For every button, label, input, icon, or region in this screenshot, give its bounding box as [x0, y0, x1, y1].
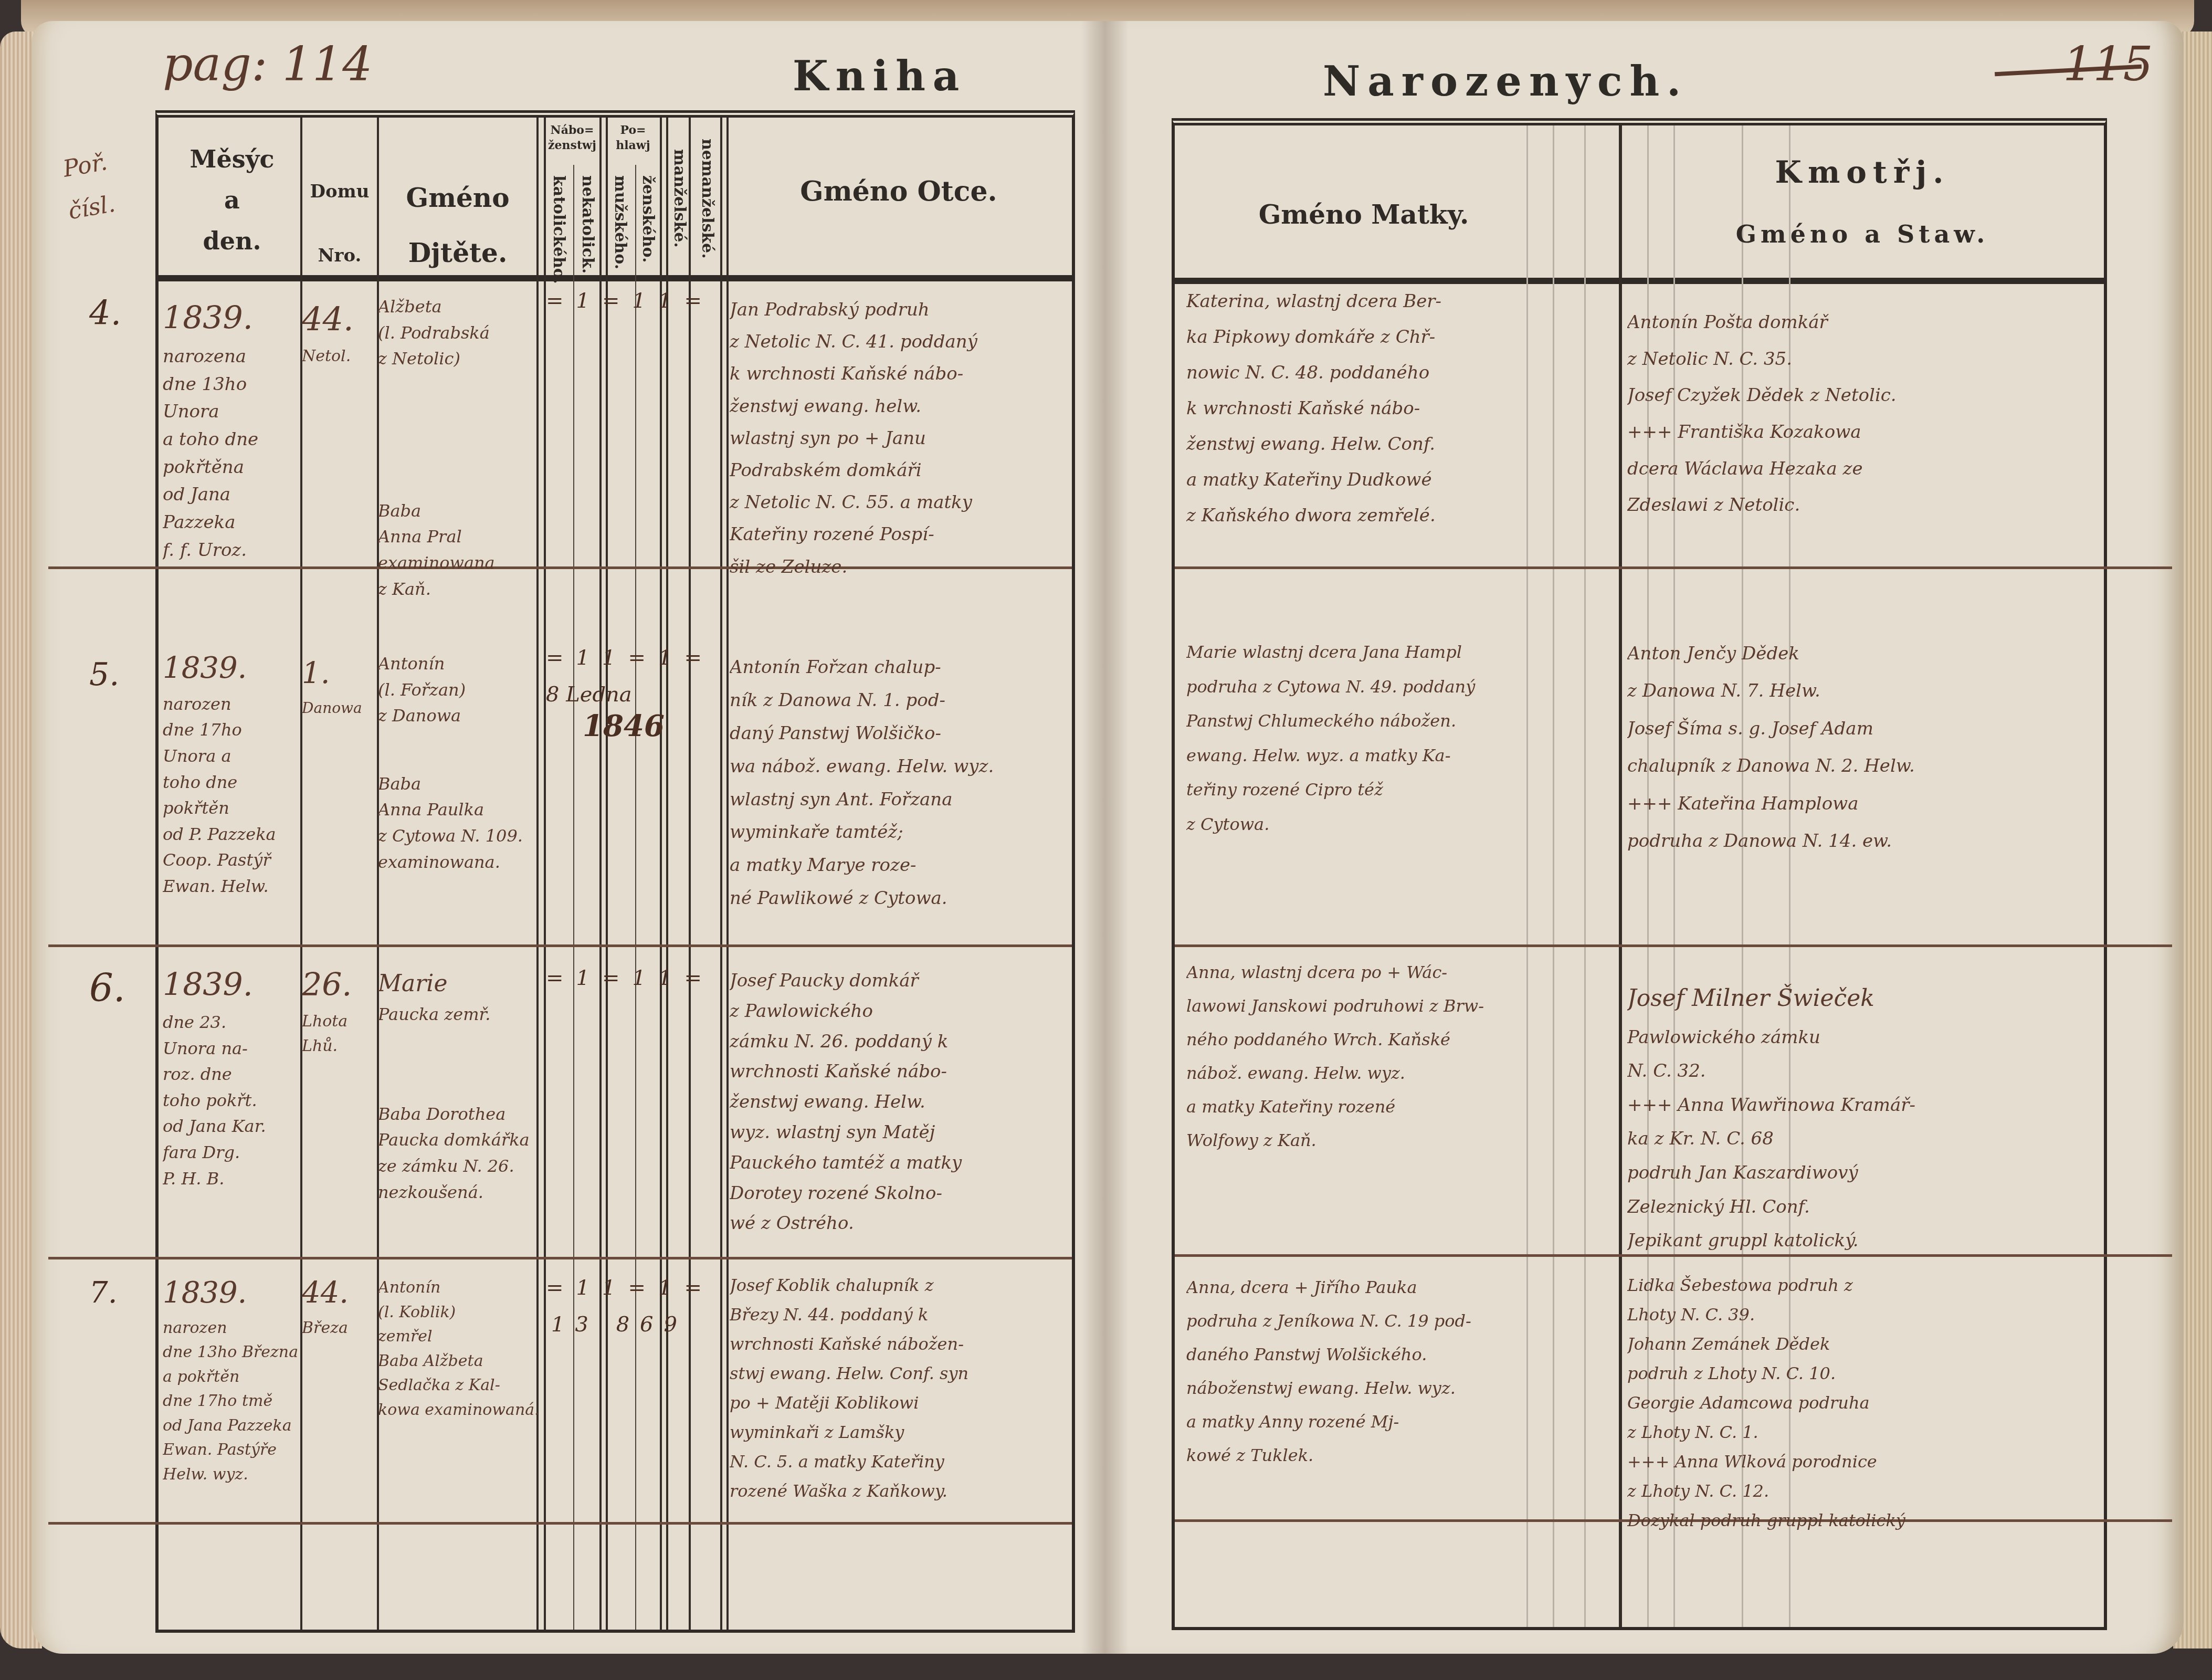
- entry-date-line: od P. Pazzeka: [163, 822, 299, 848]
- col-divider: [573, 165, 574, 1630]
- entry-date-line: narozen: [163, 691, 299, 718]
- child-line: zemřel: [378, 1325, 546, 1349]
- row-divider: [1175, 944, 2172, 947]
- entry-date-line: toho dne: [163, 770, 299, 796]
- father-line: wlastnj syn Ant. Fořzana: [730, 783, 1066, 816]
- entry-house: 26. Lhota Lhů.: [302, 961, 373, 1058]
- tally-mark: 1: [576, 1276, 602, 1300]
- entry-mother: Anna, dcera + Jiřího Pauka podruha z Jen…: [1186, 1270, 1617, 1472]
- father-line: ženstwj ewang. helw.: [730, 391, 1066, 423]
- child-line: [378, 372, 535, 498]
- entry-godparents: Anton Jenčy Dědek z Danowa N. 7. Helw. J…: [1627, 635, 2089, 860]
- father-line: né Pawlikowé z Cytowa.: [730, 882, 1066, 915]
- mother-line: ka Pipkowy domkáře z Chř-: [1186, 319, 1617, 355]
- child-line: Paucka zemř.: [378, 1002, 546, 1028]
- entry-date-line: od Jana Kar.: [163, 1114, 299, 1140]
- entry-child: Alžbeta (l. Podrabská z Netolic) Baba An…: [378, 294, 535, 640]
- header-child-name: Gméno Djtěte.: [384, 170, 531, 280]
- header-month-day-line: Měsýc: [169, 139, 295, 180]
- entry-date-line: Helw. wyz.: [163, 1463, 299, 1487]
- entry-father: Josef Paucky domkář z Pawlowického zámku…: [730, 966, 1066, 1239]
- entry-date-line: pokřtěn: [163, 795, 299, 822]
- entry-mother: Katerina, wlastnj dcera Ber- ka Pipkowy …: [1186, 283, 1617, 533]
- entry-date: 1839. narozen dne 13ho Března a pokřtěn …: [163, 1270, 299, 1522]
- mother-line: podruha z Cytowa N. 49. poddaný: [1186, 670, 1617, 705]
- entry-year: 1839.: [163, 294, 299, 343]
- tally-mark: =: [684, 289, 714, 313]
- entry-godparents: Antonín Pošta domkář z Netolic N. C. 35.…: [1627, 304, 2089, 524]
- mother-line: kowé z Tuklek.: [1186, 1438, 1617, 1472]
- child-line: Baba: [378, 771, 546, 797]
- entry-year: 1839.: [163, 961, 299, 1010]
- godparent-line: Jepikant gruppl katolický.: [1627, 1224, 2089, 1258]
- mother-line: ného poddaného Wrch. Kaňské: [1186, 1023, 1617, 1056]
- godparent-line: z Netolic N. C. 35.: [1627, 341, 2089, 378]
- entry-house-village: Netol.: [302, 344, 373, 369]
- father-line: po + Matěji Koblikowi: [730, 1388, 1066, 1417]
- tally-mark: 1: [576, 289, 602, 313]
- header-religion-noncatholic: nekatolick.: [578, 175, 597, 265]
- row-divider: [48, 944, 1072, 947]
- entry-house-village: Lhota Lhů.: [302, 1010, 373, 1058]
- godparent-line: z Lhoty N. C. 12.: [1627, 1476, 2089, 1506]
- entry-date-line: a pokřtěn: [163, 1365, 299, 1390]
- entry-date-line: dne 17ho: [163, 717, 299, 743]
- annotation-part: 13: [551, 1312, 599, 1337]
- header-child-name-line: Gméno: [384, 170, 531, 225]
- mother-line: Anna, dcera + Jiřího Pauka: [1186, 1270, 1617, 1304]
- entry-date-line: P. H. B.: [163, 1166, 299, 1192]
- row-divider: [1175, 566, 2172, 569]
- father-line: wrchnosti Kaňské nábožen-: [730, 1329, 1066, 1359]
- child-line: Anna Pral: [378, 524, 535, 550]
- father-line: wa nábož. ewang. Helw. wyz.: [730, 750, 1066, 783]
- godparent-line: Lhoty N. C. 39.: [1627, 1300, 2089, 1329]
- father-line: Dorotey rozené Skolno-: [730, 1179, 1066, 1209]
- annotation-part: 9: [664, 1312, 688, 1337]
- tally-mark: 1: [658, 289, 684, 313]
- godparent-line: podruh z Lhoty N. C. 10.: [1627, 1359, 2089, 1388]
- entry-date-line: narozen: [163, 1316, 299, 1341]
- entry-date-line: Ewan. Pastýře: [163, 1438, 299, 1463]
- header-month-day-line: den.: [169, 220, 295, 261]
- child-line: Baba Alžbeta: [378, 1349, 546, 1374]
- tally-mark: 1: [602, 646, 628, 670]
- entry-date: 1839. dne 23. Unora na- roz. dne toho po…: [163, 961, 299, 1255]
- mother-line: Anna, wlastnj dcera po + Wác-: [1186, 955, 1617, 989]
- annotation-part: 8: [616, 1312, 640, 1337]
- child-line: examinowana: [378, 550, 535, 576]
- entry-tally-marks: =1=11=: [546, 289, 724, 313]
- left-page-number: pag: 114: [163, 37, 373, 92]
- header-divider: [159, 275, 1072, 281]
- entry-mother: Anna, wlastnj dcera po + Wác- lawowi Jan…: [1186, 955, 1617, 1157]
- mother-line: k wrchnosti Kaňské nábo-: [1186, 391, 1617, 426]
- tally-mark: 1: [576, 646, 602, 670]
- entry-house-number: 1.: [302, 651, 373, 697]
- header-sex-male: mužského.: [611, 175, 629, 265]
- tally-mark: =: [546, 646, 576, 670]
- mother-line: náboženstwj ewang. Helw. wyz.: [1186, 1371, 1617, 1405]
- mother-line: z Cytowa.: [1186, 807, 1617, 842]
- father-line: wrchnosti Kaňské nábo-: [730, 1057, 1066, 1087]
- godparent-line: podruha z Danowa N. 14. ew.: [1627, 823, 2089, 860]
- godparent-line: +++ Františka Kozakowa: [1627, 414, 2089, 451]
- mother-line: a matky Anny rozené Mj-: [1186, 1405, 1617, 1438]
- tally-mark: =: [684, 966, 714, 990]
- child-line: (l. Koblik): [378, 1300, 546, 1325]
- child-line: Marie: [378, 966, 546, 1002]
- entry-date-line: narozena: [163, 343, 299, 371]
- entry-godparents: Josef Milner Šwieček Pawlowického zámku …: [1627, 976, 2089, 1258]
- godparent-line: Dozykal podruh gruppl katolický: [1627, 1506, 2089, 1535]
- header-father-name: Gméno Otce.: [731, 175, 1067, 207]
- entry-date-line: Unora a: [163, 743, 299, 770]
- mother-line: podruha z Jeníkowa N. C. 19 pod-: [1186, 1304, 1617, 1338]
- entry-father: Antonín Fořzan chalup- ník z Danowa N. 1…: [730, 651, 1066, 915]
- row-divider: [48, 1257, 1072, 1259]
- entry-godparents: Lidka Šebestowa podruh z Lhoty N. C. 39.…: [1627, 1270, 2089, 1535]
- entry-date-line: toho pokřt.: [163, 1088, 299, 1114]
- header-married: manželské.: [670, 149, 689, 254]
- godparent-line: Zeleznický Hl. Conf.: [1627, 1190, 2089, 1224]
- father-line: rozené Waška z Kaňkowy.: [730, 1476, 1066, 1506]
- father-line: a matky Marye roze-: [730, 849, 1066, 882]
- mother-line: ženstwj ewang. Helw. Conf.: [1186, 426, 1617, 462]
- father-line: stwj ewang. Helw. Conf. syn: [730, 1359, 1066, 1388]
- entry-number: 5.: [89, 656, 119, 693]
- tally-mark: =: [628, 646, 658, 670]
- godparent-line: Georgie Adamcowa podruha: [1627, 1388, 2089, 1417]
- header-mother-name: Gméno Matky.: [1238, 199, 1490, 230]
- entry-date-line: od Jana Pazzeka: [163, 1414, 299, 1438]
- tally-mark: 1: [658, 1276, 684, 1300]
- header-month-day-line: a: [169, 180, 295, 220]
- entry-number: 6.: [89, 966, 125, 1010]
- entry-year: 1839.: [163, 646, 299, 691]
- header-unmarried: nemanželské.: [698, 139, 717, 254]
- entry-annotation: 8 Ledna: [546, 682, 632, 707]
- header-religion-catholic: katolického.: [550, 175, 568, 270]
- entry-father: Jan Podrabský podruh z Netolic N. C. 41.…: [730, 294, 1066, 583]
- col-divider: [635, 165, 636, 1630]
- col-divider: [599, 118, 602, 1630]
- child-line: Baba Dorothea: [378, 1101, 546, 1128]
- entry-child: Antonín (l. Fořzan) z Danowa Baba Anna P…: [378, 651, 546, 924]
- godparent-line: Josef Šíma s. g. Josef Adam: [1627, 710, 2089, 748]
- father-line: Kateřiny rozené Pospí-: [730, 519, 1066, 551]
- header-godparents-name-status: Gméno a Staw.: [1626, 220, 2099, 248]
- entry-date-line: dne 13ho: [163, 371, 299, 398]
- tally-mark: =: [546, 289, 576, 313]
- child-line: Antonín: [378, 651, 546, 677]
- godparent-line: chalupník z Danowa N. 2. Helw.: [1627, 748, 2089, 785]
- father-line: Josef Paucky domkář: [730, 966, 1066, 996]
- entry-tally-marks: =11=1=: [546, 646, 724, 670]
- entry-child: Antonín (l. Koblik) zemřel Baba Alžbeta …: [378, 1276, 546, 1486]
- entry-mother: Marie wlastnj dcera Jana Hampl podruha z…: [1186, 635, 1617, 842]
- godparent-line: Antonín Pošta domkář: [1627, 304, 2089, 341]
- tally-mark: 1: [632, 289, 658, 313]
- father-line: Antonín Fořzan chalup-: [730, 651, 1066, 684]
- godparent-line: ka z Kr. N. C. 68: [1627, 1122, 2089, 1156]
- tally-mark: 1: [576, 966, 602, 990]
- mother-line: a matky Kateřiny rozené: [1186, 1090, 1617, 1123]
- father-line: ženstwj ewang. Helw.: [730, 1087, 1066, 1118]
- entry-number: 4.: [89, 294, 121, 333]
- mother-line: ewang. Helw. wyz. a matky Ka-: [1186, 739, 1617, 773]
- godparent-line: Josef Czyžek Dědek z Netolic.: [1627, 377, 2089, 414]
- entry-date-line: Unora na-: [163, 1036, 299, 1062]
- child-line: ze zámku N. 26.: [378, 1153, 546, 1180]
- father-line: wyminkaře tamtéž;: [730, 816, 1066, 849]
- left-page-title: Kniha: [793, 52, 966, 100]
- entry-tally-marks: =11=1=: [546, 1276, 724, 1300]
- entry-date-line: pokřtěna: [163, 454, 299, 481]
- child-line: z Kaň.: [378, 576, 535, 603]
- entry-house: 1. Danowa: [302, 651, 373, 719]
- father-line: z Netolic N. C. 55. a matky: [730, 487, 1066, 519]
- mother-line: Wolfowy z Kaň.: [1186, 1123, 1617, 1157]
- father-line: k wrchnosti Kaňské nábo-: [730, 358, 1066, 390]
- header-sex-female: ženského.: [639, 175, 657, 259]
- father-line: z Netolic N. C. 41. poddaný: [730, 326, 1066, 358]
- entry-house: 44. Netol.: [302, 294, 373, 369]
- entry-date-line: Ewan. Helw.: [163, 874, 299, 900]
- godparent-line: Pawlowického zámku: [1627, 1021, 2089, 1055]
- tally-mark: =: [602, 289, 633, 313]
- mother-line: a matky Kateřiny Dudkowé: [1186, 462, 1617, 498]
- child-line: kowa examinowaná.: [378, 1398, 546, 1423]
- tally-mark: 1: [602, 1276, 628, 1300]
- godparent-line: z Lhoty N. C. 1.: [1627, 1417, 2089, 1447]
- child-line: nezkoušená.: [378, 1180, 546, 1206]
- entry-tally-marks: =1=11=: [546, 966, 724, 990]
- entry-date-line: Coop. Pastýř: [163, 847, 299, 874]
- godparent-line: +++ Anna Wawřinowa Kramář-: [1627, 1088, 2089, 1122]
- tally-mark: =: [684, 646, 714, 670]
- child-line: (l. Fořzan): [378, 677, 546, 703]
- right-page-title: Narozenych.: [1323, 58, 1688, 106]
- entry-annotation-year: 1846: [583, 709, 665, 743]
- tally-mark: 1: [658, 646, 684, 670]
- col-divider: [726, 118, 729, 1630]
- col-divider: [660, 118, 662, 1630]
- godparent-line: N. C. 32.: [1627, 1054, 2089, 1088]
- godparent-line: Zdeslawi z Netolic.: [1627, 487, 2089, 524]
- mother-line: nowic N. C. 48. poddaného: [1186, 355, 1617, 391]
- child-line: [378, 729, 546, 771]
- mother-line: teřiny rozené Cipro též: [1186, 773, 1617, 807]
- tally-mark: 1: [658, 966, 684, 990]
- header-religion: Nábo= ženstwj: [546, 123, 598, 153]
- godparent-line: +++ Anna Wlková porodnice: [1627, 1447, 2089, 1476]
- entry-house-number: 44.: [302, 1270, 373, 1316]
- father-line: daný Panstwj Wolšičko-: [730, 717, 1066, 750]
- header-house-line: Domu: [306, 160, 374, 224]
- godparent-line: dcera Wáclawa Hezaka ze: [1627, 451, 2089, 488]
- entry-date-line: Unora: [163, 398, 299, 426]
- child-line: z Netolic): [378, 346, 535, 372]
- child-line: Paucka domkářka: [378, 1127, 546, 1153]
- entry-annotation: 13 869: [551, 1312, 688, 1337]
- col-divider: [666, 118, 668, 1630]
- entry-date-line: Pazzeka: [163, 509, 299, 537]
- entry-number: 7.: [89, 1276, 117, 1310]
- col-divider: [606, 118, 608, 1630]
- header-child-name-line: Djtěte.: [384, 225, 531, 280]
- entry-house-number: 26.: [302, 961, 373, 1010]
- annotation-part: 6: [640, 1312, 663, 1337]
- tally-mark: =: [546, 966, 576, 990]
- mother-line: Katerina, wlastnj dcera Ber-: [1186, 283, 1617, 319]
- tally-mark: =: [602, 966, 633, 990]
- godparent-line: Josef Milner Šwieček: [1627, 976, 2089, 1021]
- entry-house-number: 44.: [302, 294, 373, 344]
- entry-date-line: dne 13ho Března: [163, 1340, 299, 1365]
- father-line: Pauckého tamtéž a matky: [730, 1148, 1066, 1179]
- mother-line: lawowi Janskowi podruhowi z Brw-: [1186, 989, 1617, 1023]
- godparent-line: Lidka Šebestowa podruh z: [1627, 1270, 2089, 1300]
- mother-line: Marie wlastnj dcera Jana Hampl: [1186, 635, 1617, 670]
- entry-child: Marie Paucka zemř. Baba Dorothea Paucka …: [378, 966, 546, 1249]
- father-line: zámku N. 26. poddaný k: [730, 1027, 1066, 1057]
- entry-house-village: Danowa: [302, 697, 373, 719]
- godparent-line: podruh Jan Kaszardiwový: [1627, 1156, 2089, 1190]
- entry-date: 1839. narozen dne 17ho Unora a toho dne …: [163, 646, 299, 940]
- col-divider: [689, 118, 691, 1630]
- child-line: z Danowa: [378, 703, 546, 729]
- godparent-line: +++ Kateřina Hamplowa: [1627, 785, 2089, 823]
- child-line: [378, 1028, 546, 1101]
- father-line: wyz. wlastnj syn Matěj: [730, 1118, 1066, 1148]
- father-line: ník z Danowa N. 1. pod-: [730, 684, 1066, 717]
- father-line: Jan Podrabský podruh: [730, 294, 1066, 326]
- mother-line: z Kaňského dwora zemřelé.: [1186, 498, 1617, 533]
- godparent-line: z Danowa N. 7. Helw.: [1627, 673, 2089, 710]
- godparent-line: Johann Zemánek Dědek: [1627, 1329, 2089, 1359]
- father-line: wyminkaři z Lamšky: [730, 1417, 1066, 1447]
- entry-date-line: dne 23.: [163, 1010, 299, 1036]
- header-sex: Po= hlawj: [608, 123, 658, 153]
- child-line: Baba: [378, 498, 535, 524]
- entry-date-line: roz. dne: [163, 1062, 299, 1088]
- father-line: z Pawlowického: [730, 996, 1066, 1027]
- father-line: Podrabském domkáři: [730, 455, 1066, 487]
- entry-house: 44. Březa: [302, 1270, 373, 1340]
- mother-line: daného Panstwj Wolšického.: [1186, 1338, 1617, 1371]
- header-house-line: Nro.: [306, 224, 374, 288]
- entry-date-line: a toho dne: [163, 426, 299, 454]
- tally-mark: =: [546, 1276, 576, 1300]
- entry-date-line: fara Drg.: [163, 1140, 299, 1166]
- child-line: Anna Paulka: [378, 797, 546, 823]
- child-line: z Cytowa N. 109.: [378, 823, 546, 849]
- mother-line: Panstwj Chlumeckého nábožen.: [1186, 704, 1617, 739]
- child-line: Sedlačka z Kal-: [378, 1373, 546, 1398]
- father-line: wlastnj syn po + Janu: [730, 423, 1066, 455]
- child-line: Alžbeta: [378, 294, 535, 320]
- entry-year: 1839.: [163, 1270, 299, 1316]
- header-godparents: Kmotřj.: [1626, 154, 2099, 190]
- godparent-line: Anton Jenčy Dědek: [1627, 635, 2089, 673]
- father-line: wé z Ostrého.: [730, 1209, 1066, 1239]
- entry-house-village: Březa: [302, 1316, 373, 1341]
- entry-father: Josef Koblik chalupník z Březy N. 44. po…: [730, 1270, 1066, 1506]
- entry-date-line: od Jana: [163, 481, 299, 509]
- book-gutter: [1081, 21, 1129, 1654]
- father-line: N. C. 5. a matky Kateřiny: [730, 1447, 1066, 1476]
- tally-mark: 1: [632, 966, 658, 990]
- entry-date-line: f. f. Uroz.: [163, 537, 299, 564]
- entry-date: 1839. narozena dne 13ho Unora a toho dne…: [163, 294, 299, 630]
- child-line: Antonín: [378, 1276, 546, 1300]
- header-house: Domu Nro.: [306, 160, 374, 288]
- child-line: examinowana.: [378, 849, 546, 876]
- entry-date-line: dne 17ho tmě: [163, 1389, 299, 1414]
- tally-mark: =: [628, 1276, 658, 1300]
- col-divider: [1619, 125, 1622, 1627]
- father-line: Březy N. 44. poddaný k: [730, 1300, 1066, 1329]
- tally-mark: =: [684, 1276, 714, 1300]
- father-line: šil ze Zeluze.: [730, 551, 1066, 583]
- child-line: (l. Podrabská: [378, 320, 535, 346]
- header-month-day: Měsýc a den.: [169, 139, 295, 262]
- col-divider: [720, 118, 722, 1630]
- father-line: Josef Koblik chalupník z: [730, 1270, 1066, 1300]
- mother-line: nábož. ewang. Helw. wyz.: [1186, 1056, 1617, 1090]
- open-register-book: pag: 114 Kniha Narozenych. 115 Poř. čísl…: [0, 0, 2212, 1680]
